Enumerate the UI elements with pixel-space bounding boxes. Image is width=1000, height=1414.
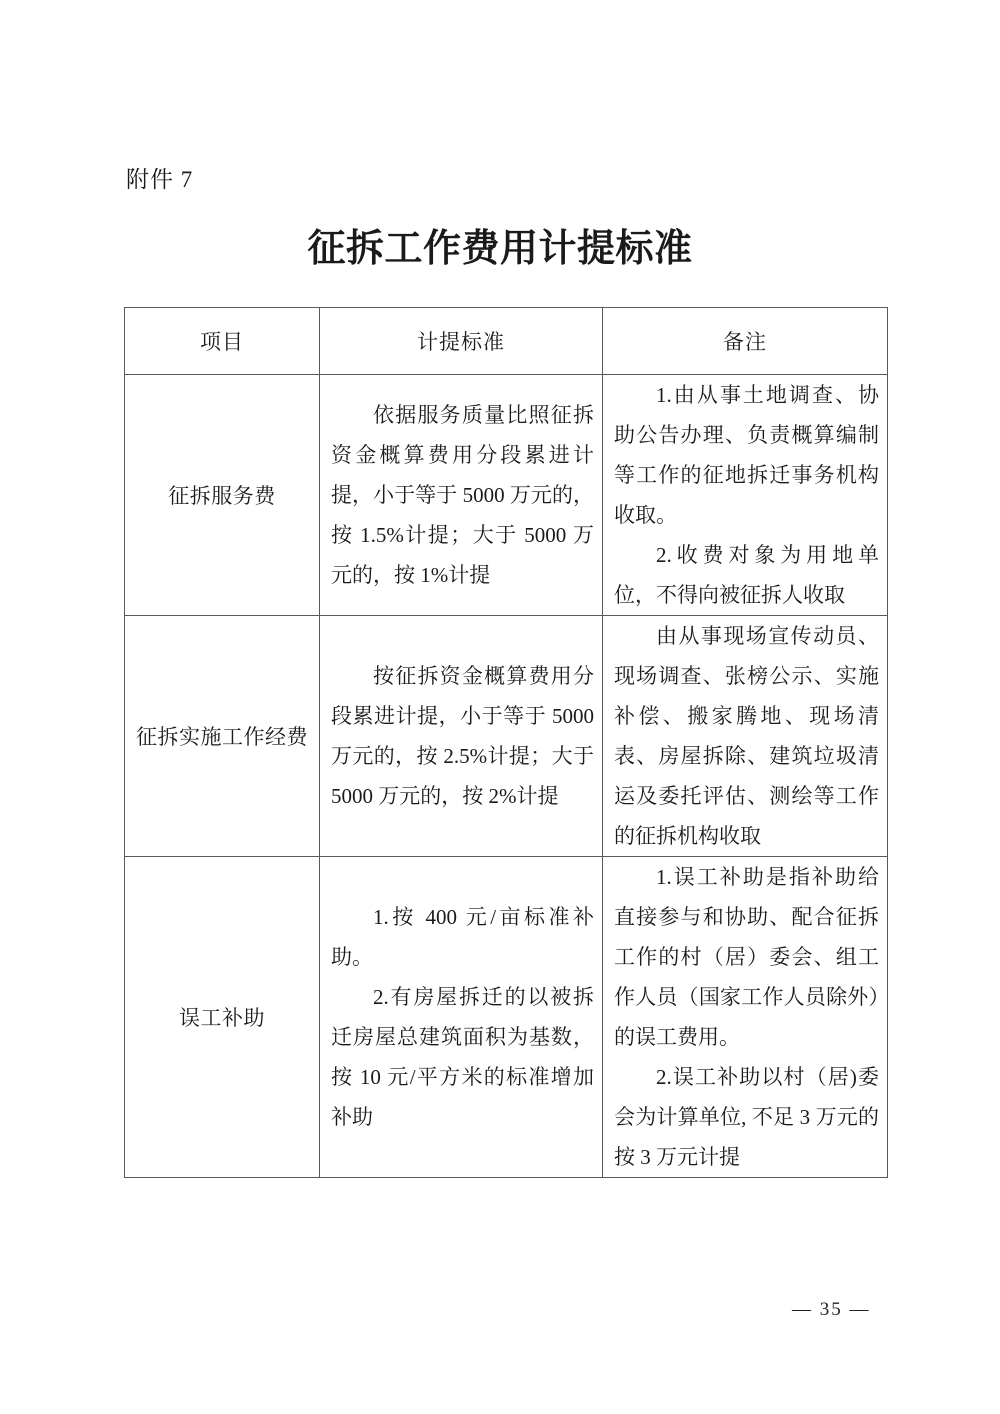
standard-cell: 依据服务质量比照征拆资金概算费用分段累进计提，小于等于 5000 万元的，按 1… [320,375,603,616]
table-header-item: 项目 [125,308,320,375]
cell-paragraph: 1.误工补助是指补助给直接参与和协助、配合征拆工作的村（居）委会、组工作人员（国… [614,857,879,1057]
cell-paragraph: 1.按 400 元/亩标准补助。 [331,897,594,977]
item-cell: 征拆实施工作经费 [125,616,320,857]
table-row-service-fee: 征拆服务费 依据服务质量比照征拆资金概算费用分段累进计提，小于等于 5000 万… [125,375,888,616]
cell-paragraph: 按征拆资金概算费用分段累进计提，小于等于 5000 万元的，按 2.5%计提；大… [331,656,594,816]
page-number: — 35 — [792,1299,871,1321]
item-cell: 误工补助 [125,857,320,1178]
remarks-cell: 1.由从事土地调查、协助公告办理、负责概算编制等工作的征地拆迁事务机构收取。 2… [603,375,888,616]
document-page: 附件 7 征拆工作费用计提标准 项目 计提标准 备注 征拆服务费 依据服务质量比… [0,0,1000,1414]
table-header-row: 项目 计提标准 备注 [125,308,888,375]
remarks-cell: 由从事现场宣传动员、现场调查、张榜公示、实施补偿、搬家腾地、现场清表、房屋拆除、… [603,616,888,857]
cell-paragraph: 2.收费对象为用地单位，不得向被征拆人收取 [614,535,879,615]
standard-cell: 1.按 400 元/亩标准补助。 2.有房屋拆迁的以被拆迁房屋总建筑面积为基数，… [320,857,603,1178]
cell-paragraph: 依据服务质量比照征拆资金概算费用分段累进计提，小于等于 5000 万元的，按 1… [331,395,594,595]
fee-standards-table: 项目 计提标准 备注 征拆服务费 依据服务质量比照征拆资金概算费用分段累进计提，… [124,307,888,1178]
table-row-lost-work-subsidy: 误工补助 1.按 400 元/亩标准补助。 2.有房屋拆迁的以被拆迁房屋总建筑面… [125,857,888,1178]
table-header-standard: 计提标准 [320,308,603,375]
page-title: 征拆工作费用计提标准 [0,217,1000,272]
cell-paragraph: 1.由从事土地调查、协助公告办理、负责概算编制等工作的征地拆迁事务机构收取。 [614,375,879,535]
table-header-remarks: 备注 [603,308,888,375]
table-row-implementation-funds: 征拆实施工作经费 按征拆资金概算费用分段累进计提，小于等于 5000 万元的，按… [125,616,888,857]
cell-paragraph: 由从事现场宣传动员、现场调查、张榜公示、实施补偿、搬家腾地、现场清表、房屋拆除、… [614,616,879,856]
item-cell: 征拆服务费 [125,375,320,616]
attachment-label: 附件 7 [126,161,193,194]
cell-paragraph: 2.有房屋拆迁的以被拆迁房屋总建筑面积为基数，按 10 元/平方米的标准增加补助 [331,977,594,1137]
remarks-cell: 1.误工补助是指补助给直接参与和协助、配合征拆工作的村（居）委会、组工作人员（国… [603,857,888,1178]
standard-cell: 按征拆资金概算费用分段累进计提，小于等于 5000 万元的，按 2.5%计提；大… [320,616,603,857]
cell-paragraph: 2.误工补助以村（居)委会为计算单位, 不足 3 万元的按 3 万元计提 [614,1057,879,1177]
